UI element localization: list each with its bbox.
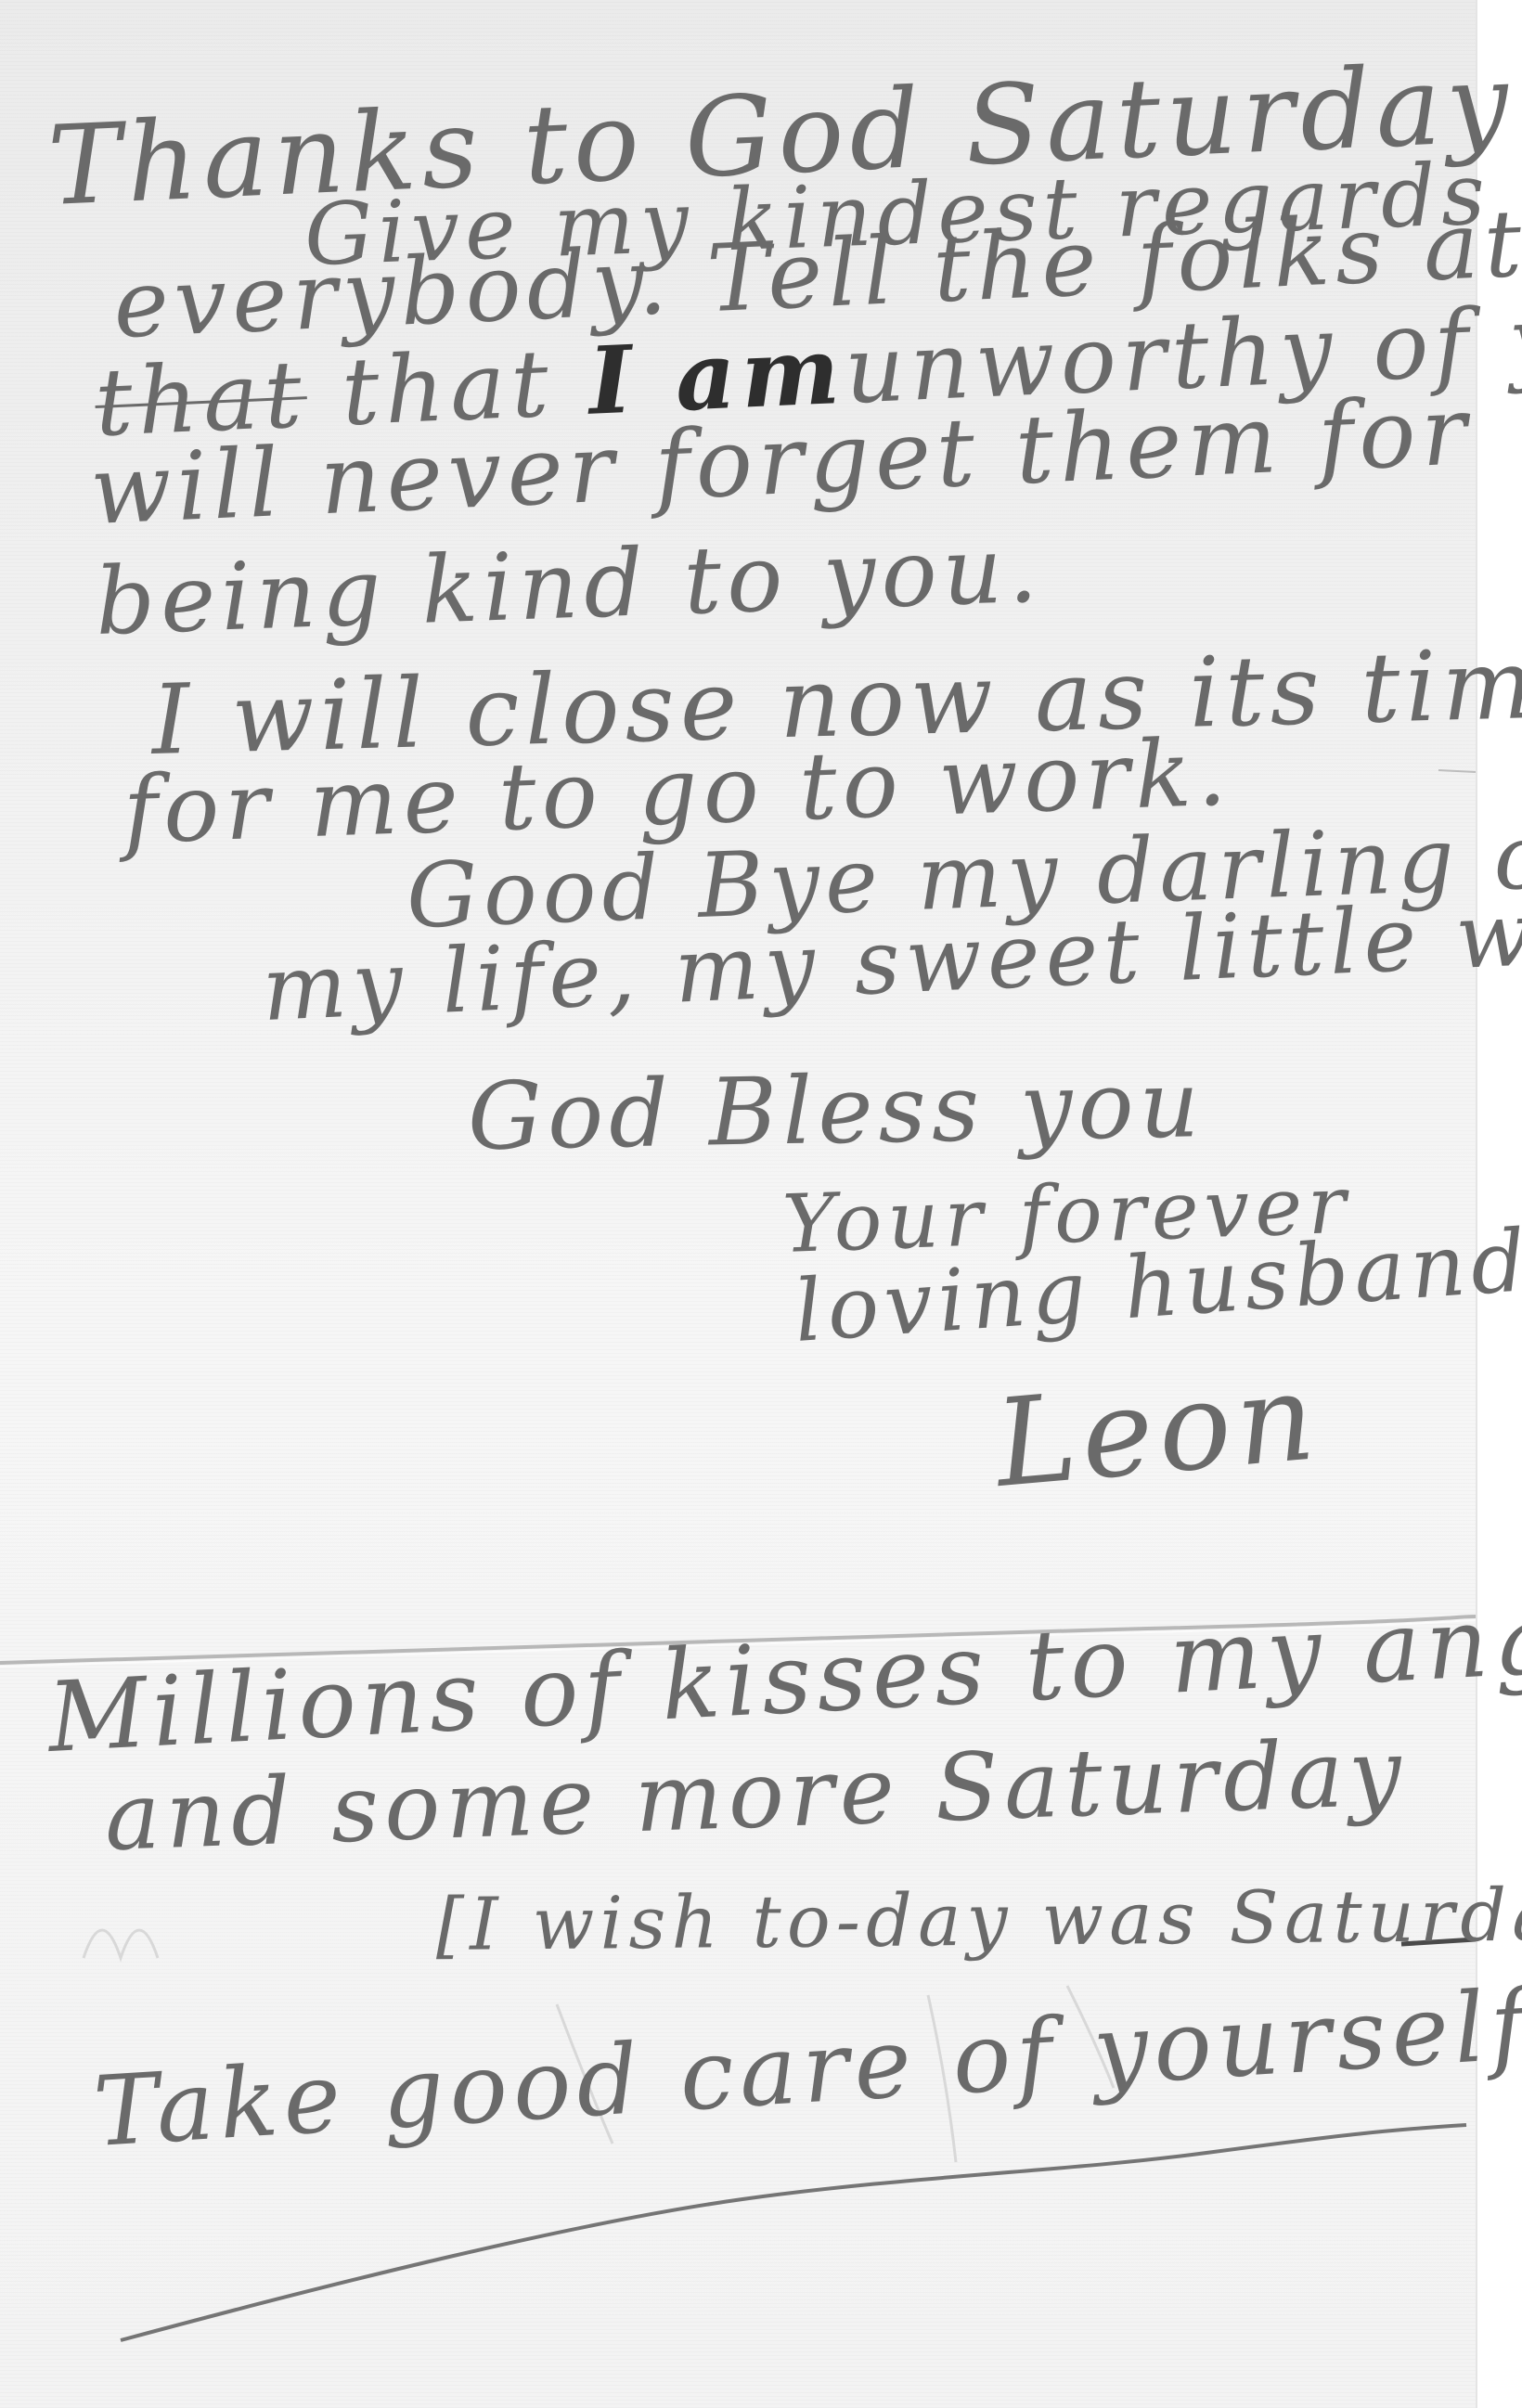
letter-line-11: God Bless you <box>467 1049 1206 1171</box>
signature: Leon <box>990 1346 1325 1514</box>
postscript-line-3: [I wish to-day was Saturday] <box>435 1874 1522 1967</box>
